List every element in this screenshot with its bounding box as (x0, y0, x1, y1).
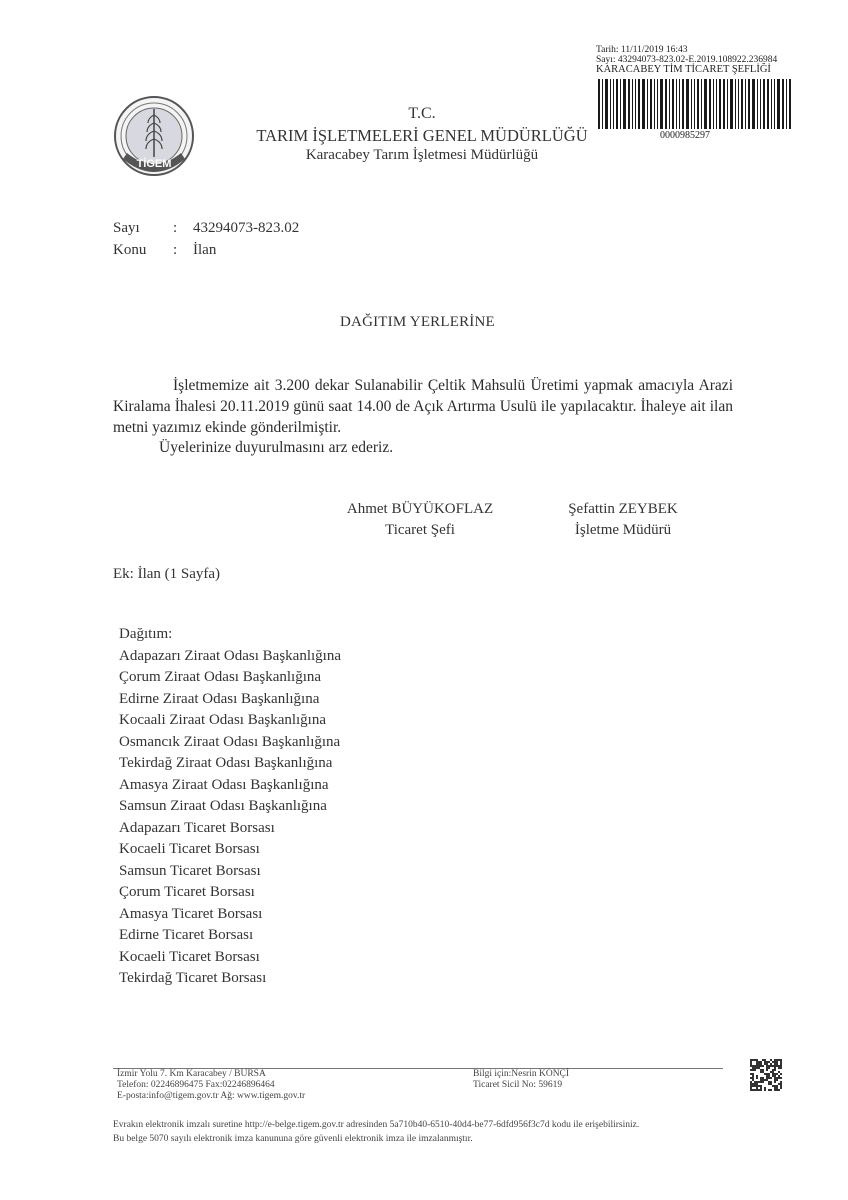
distribution-heading: Dağıtım: (119, 624, 341, 646)
attachment-note: Ek: İlan (1 Sayfa) (113, 566, 220, 583)
header-tc: T.C. (232, 105, 612, 123)
meta-sayi: Sayı:43294073-823.02 (113, 220, 299, 237)
tigem-logo-icon: TİGEM (113, 95, 195, 177)
konu-value: İlan (193, 242, 216, 258)
barcode-number: 0000985297 (660, 130, 710, 141)
footer-address: İzmir Yolu 7. Km Karacabey / BURSA (117, 1069, 305, 1080)
distribution-item: Kocaali Ziraat Odası Başkanlığına (119, 710, 341, 732)
footer-contact: İzmir Yolu 7. Km Karacabey / BURSA Telef… (117, 1069, 305, 1102)
distribution-item: Çorum Ticaret Borsası (119, 882, 341, 904)
distribution-item: Amasya Ziraat Odası Başkanlığına (119, 775, 341, 797)
stamp-unit: KARACABEY TİM TİCARET ŞEFLİĞİ (596, 65, 777, 75)
recipient-title: DAĞITIM YERLERİNE (340, 314, 495, 331)
registry-stamp: Tarih: 11/11/2019 16:43 Sayı: 43294073-8… (596, 45, 777, 75)
svg-text:TİGEM: TİGEM (137, 157, 172, 170)
barcode-icon (598, 79, 796, 129)
distribution-item: Osmancık Ziraat Odası Başkanlığına (119, 732, 341, 754)
distribution-item: Adapazarı Ziraat Odası Başkanlığına (119, 646, 341, 668)
stamp-date: Tarih: 11/11/2019 16:43 (596, 45, 777, 55)
qr-code-icon (750, 1059, 782, 1091)
distribution-item: Çorum Ziraat Odası Başkanlığına (119, 667, 341, 689)
distribution-item: Edirne Ziraat Odası Başkanlığına (119, 689, 341, 711)
e-signature-line-1: Evrakın elektronik imzalı suretine http:… (113, 1118, 639, 1132)
footer-info: Bilgi için:Nesrin KONÇİ Ticaret Sicil No… (473, 1069, 569, 1091)
distribution-list: Dağıtım: Adapazarı Ziraat Odası Başkanlı… (119, 624, 341, 990)
signature-trade-chief: Ahmet BÜYÜKOFLAZ Ticaret Şefi (330, 499, 510, 541)
distribution-item: Kocaeli Ticaret Borsası (119, 839, 341, 861)
distribution-item: Samsun Ticaret Borsası (119, 861, 341, 883)
distribution-item: Adapazarı Ticaret Borsası (119, 818, 341, 840)
signature-title: İşletme Müdürü (548, 520, 698, 541)
header-directorate: Karacabey Tarım İşletmesi Müdürlüğü (232, 147, 612, 164)
e-signature-note: Evrakın elektronik imzalı suretine http:… (113, 1118, 639, 1146)
header-ministry: TARIM İŞLETMELERİ GENEL MÜDÜRLÜĞÜ (232, 126, 612, 146)
distribution-item: Samsun Ziraat Odası Başkanlığına (119, 796, 341, 818)
footer-info-contact: Bilgi için:Nesrin KONÇİ (473, 1069, 569, 1080)
konu-label: Konu (113, 242, 173, 259)
signature-title: Ticaret Şefi (330, 520, 510, 541)
distribution-item: Kocaeli Ticaret Borsası (119, 947, 341, 969)
sayi-value: 43294073-823.02 (193, 220, 299, 236)
signature-name: Şefattin ZEYBEK (548, 499, 698, 520)
signature-name: Ahmet BÜYÜKOFLAZ (330, 499, 510, 520)
footer-email[interactable]: E-posta:info@tigem.gov.tr Ağ: www.tigem.… (117, 1091, 305, 1102)
body-paragraph-2: Üyelerinize duyurulmasını arz ederiz. (113, 437, 733, 458)
footer-phone: Telefon: 02246896475 Fax:02246896464 (117, 1080, 305, 1091)
e-signature-line-2: Bu belge 5070 sayılı elektronik imza kan… (113, 1132, 639, 1146)
distribution-item: Amasya Ticaret Borsası (119, 904, 341, 926)
meta-konu: Konu:İlan (113, 242, 216, 259)
distribution-item: Tekirdağ Ziraat Odası Başkanlığına (119, 753, 341, 775)
distribution-item: Edirne Ticaret Borsası (119, 925, 341, 947)
signature-manager: Şefattin ZEYBEK İşletme Müdürü (548, 499, 698, 541)
body-paragraph-1: İşletmemize ait 3.200 dekar Sulanabilir … (113, 375, 733, 438)
distribution-item: Tekirdağ Ticaret Borsası (119, 968, 341, 990)
footer-registry: Ticaret Sicil No: 59619 (473, 1080, 569, 1091)
sayi-label: Sayı (113, 220, 173, 237)
